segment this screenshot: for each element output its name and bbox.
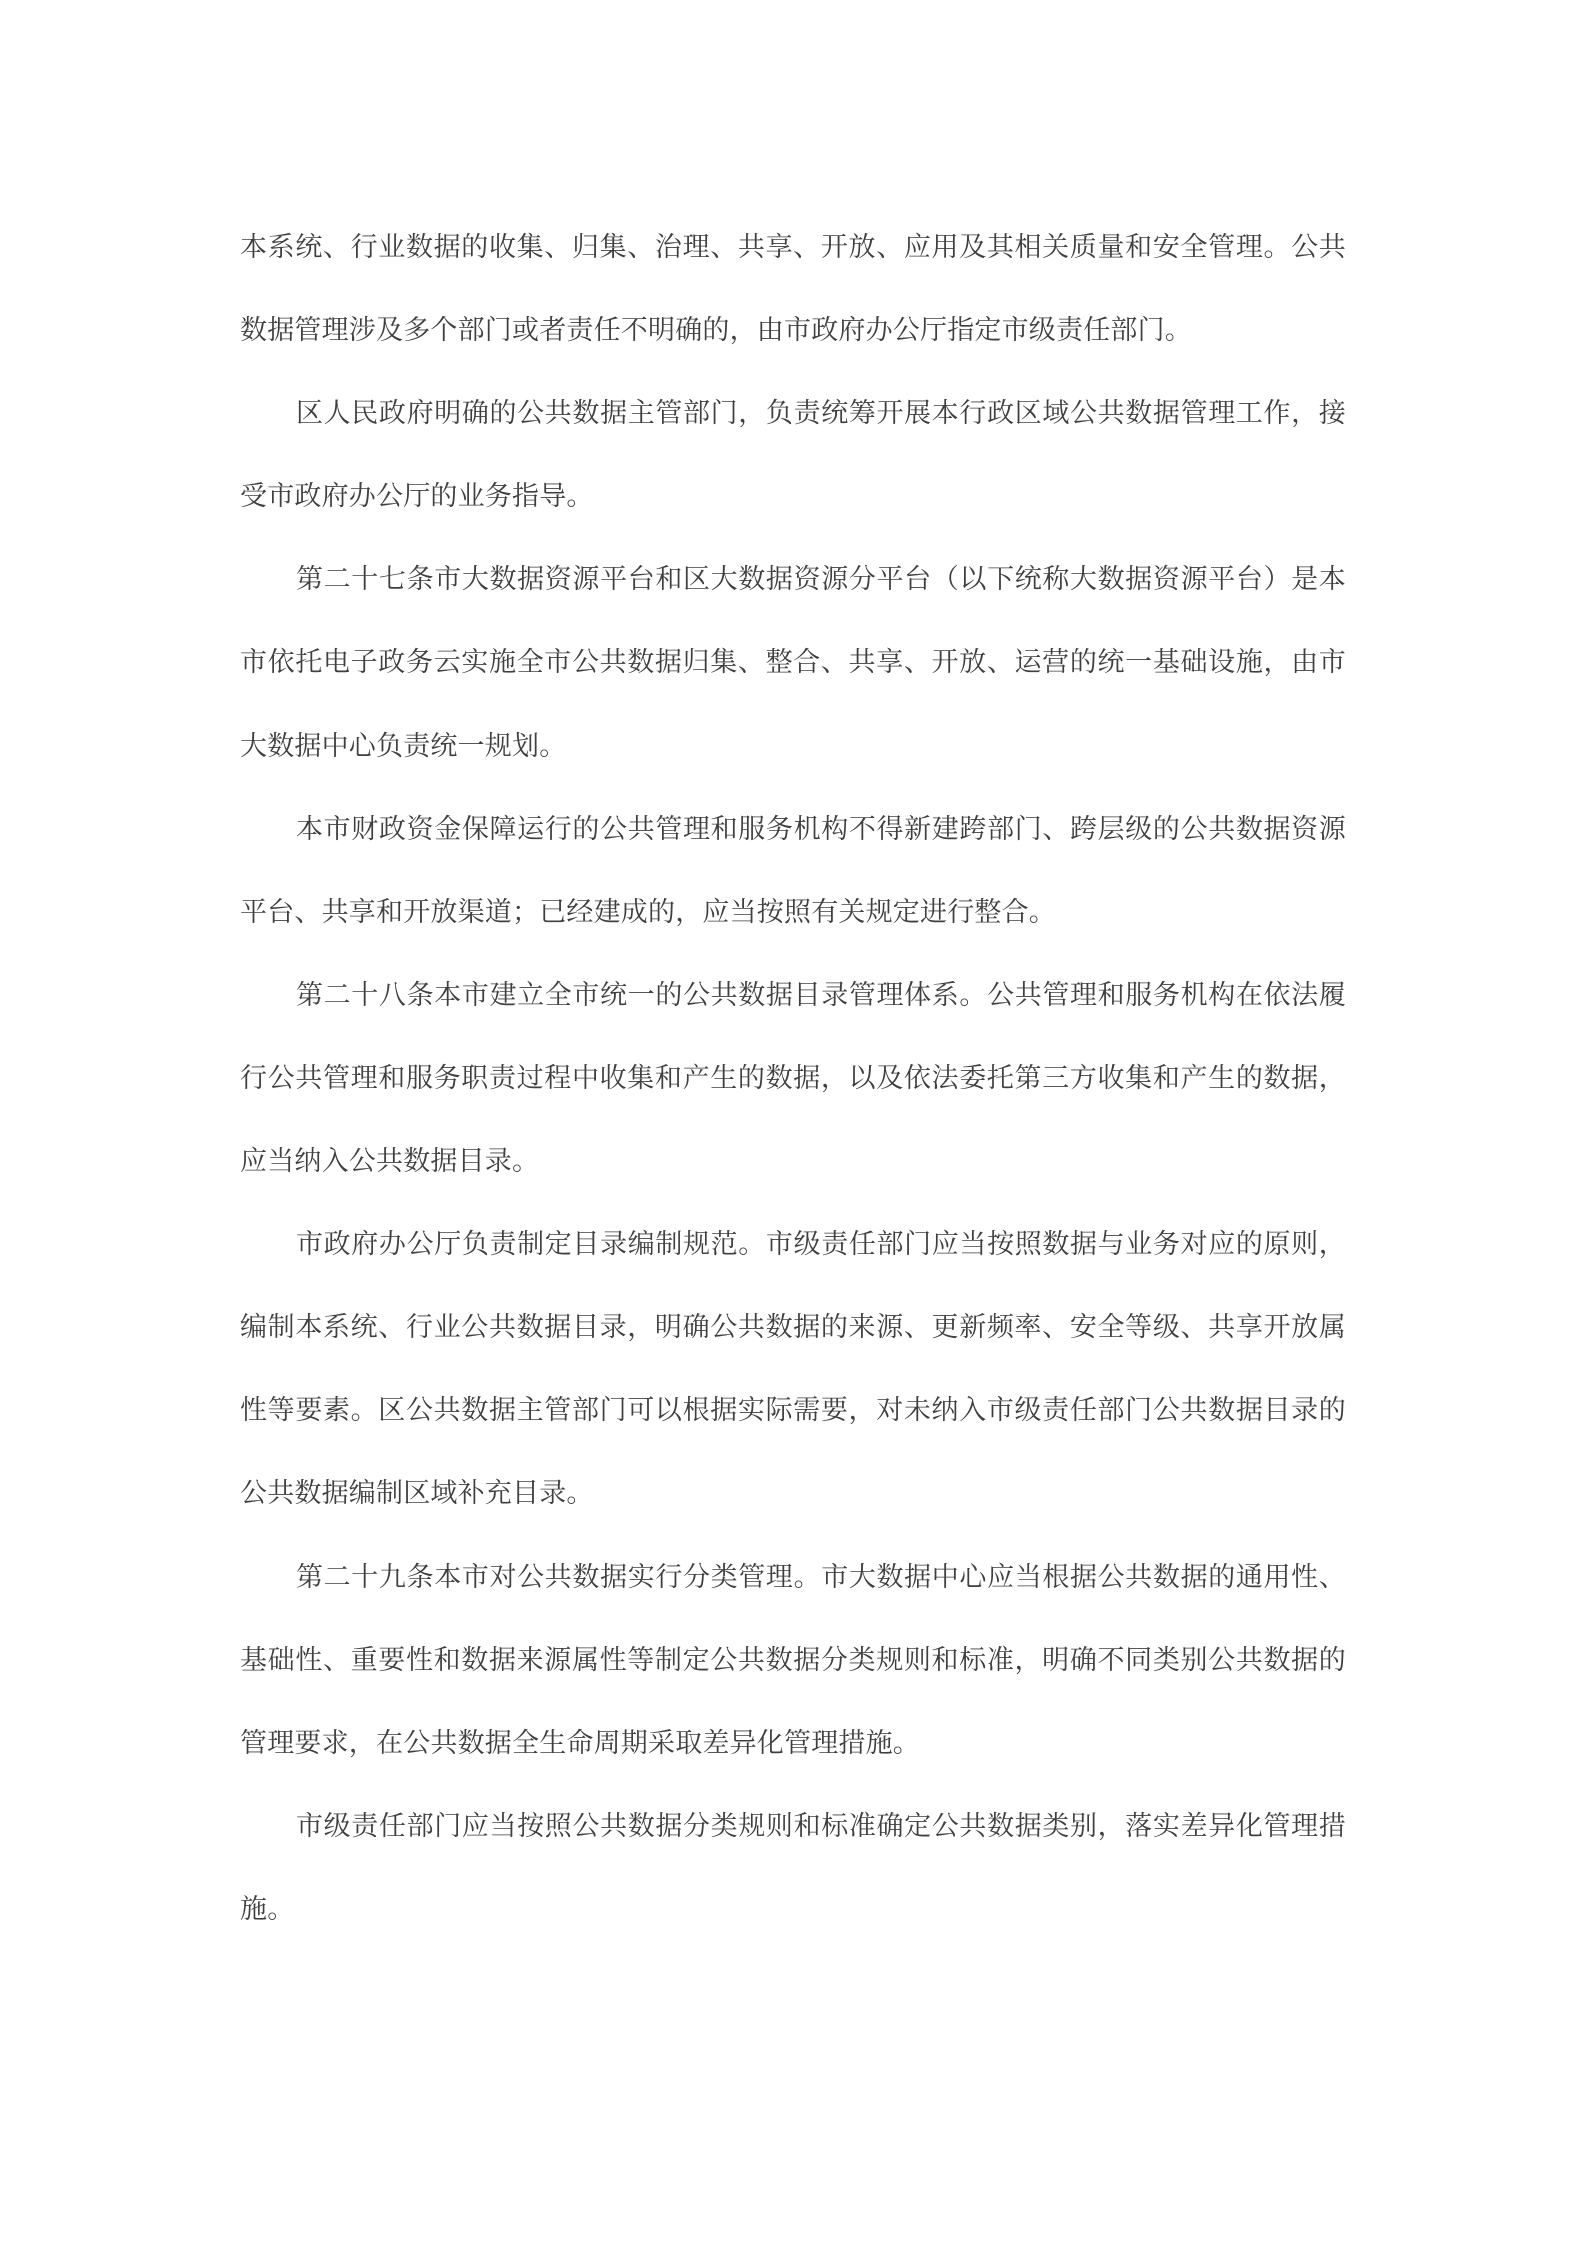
- text-line: 受市政府办公厅的业务指导。: [240, 455, 1346, 538]
- text-line: 应当纳入公共数据目录。: [240, 1120, 1346, 1203]
- document-body: 本系统、行业数据的收集、归集、治理、共享、开放、应用及其相关质量和安全管理。公共…: [240, 206, 1346, 1951]
- text-line: 管理要求，在公共数据全生命周期采取差异化管理措施。: [240, 1702, 1346, 1785]
- paragraph-4: 本市财政资金保障运行的公共管理和服务机构不得新建跨部门、跨层级的公共数据资源 平…: [240, 788, 1346, 954]
- text-line: 公共数据编制区域补充目录。: [240, 1452, 1346, 1535]
- paragraph-1: 本系统、行业数据的收集、归集、治理、共享、开放、应用及其相关质量和安全管理。公共…: [240, 206, 1346, 372]
- text-line: 大数据中心负责统一规划。: [240, 705, 1346, 788]
- text-line: 行公共管理和服务职责过程中收集和产生的数据，以及依法委托第三方收集和产生的数据，: [240, 1037, 1346, 1120]
- text-line: 第二十九条本市对公共数据实行分类管理。市大数据中心应当根据公共数据的通用性、: [240, 1536, 1346, 1619]
- article-27: 第二十七条市大数据资源平台和区大数据资源分平台（以下统称大数据资源平台）是本 市…: [240, 538, 1346, 787]
- text-line: 市级责任部门应当按照公共数据分类规则和标准确定公共数据类别，落实差异化管理措: [240, 1785, 1346, 1868]
- article-29: 第二十九条本市对公共数据实行分类管理。市大数据中心应当根据公共数据的通用性、 基…: [240, 1536, 1346, 1785]
- paragraph-8: 市级责任部门应当按照公共数据分类规则和标准确定公共数据类别，落实差异化管理措 施…: [240, 1785, 1346, 1951]
- text-line: 本系统、行业数据的收集、归集、治理、共享、开放、应用及其相关质量和安全管理。公共: [240, 206, 1346, 289]
- text-line: 编制本系统、行业公共数据目录，明确公共数据的来源、更新频率、安全等级、共享开放属: [240, 1286, 1346, 1369]
- article-28: 第二十八条本市建立全市统一的公共数据目录管理体系。公共管理和服务机构在依法履 行…: [240, 954, 1346, 1203]
- text-line: 市依托电子政务云实施全市公共数据归集、整合、共享、开放、运营的统一基础设施，由市: [240, 621, 1346, 704]
- text-line: 区人民政府明确的公共数据主管部门，负责统筹开展本行政区域公共数据管理工作，接: [240, 372, 1346, 455]
- paragraph-2: 区人民政府明确的公共数据主管部门，负责统筹开展本行政区域公共数据管理工作，接 受…: [240, 372, 1346, 538]
- text-line: 平台、共享和开放渠道；已经建成的，应当按照有关规定进行整合。: [240, 871, 1346, 954]
- text-line: 本市财政资金保障运行的公共管理和服务机构不得新建跨部门、跨层级的公共数据资源: [240, 788, 1346, 871]
- text-line: 基础性、重要性和数据来源属性等制定公共数据分类规则和标准，明确不同类别公共数据的: [240, 1619, 1346, 1702]
- text-line: 性等要素。区公共数据主管部门可以根据实际需要，对未纳入市级责任部门公共数据目录的: [240, 1369, 1346, 1452]
- text-line: 市政府办公厅负责制定目录编制规范。市级责任部门应当按照数据与业务对应的原则，: [240, 1203, 1346, 1286]
- paragraph-6: 市政府办公厅负责制定目录编制规范。市级责任部门应当按照数据与业务对应的原则， 编…: [240, 1203, 1346, 1535]
- text-line: 数据管理涉及多个部门或者责任不明确的，由市政府办公厅指定市级责任部门。: [240, 289, 1346, 372]
- text-line: 第二十八条本市建立全市统一的公共数据目录管理体系。公共管理和服务机构在依法履: [240, 954, 1346, 1037]
- text-line: 第二十七条市大数据资源平台和区大数据资源分平台（以下统称大数据资源平台）是本: [240, 538, 1346, 621]
- text-line: 施。: [240, 1868, 1346, 1951]
